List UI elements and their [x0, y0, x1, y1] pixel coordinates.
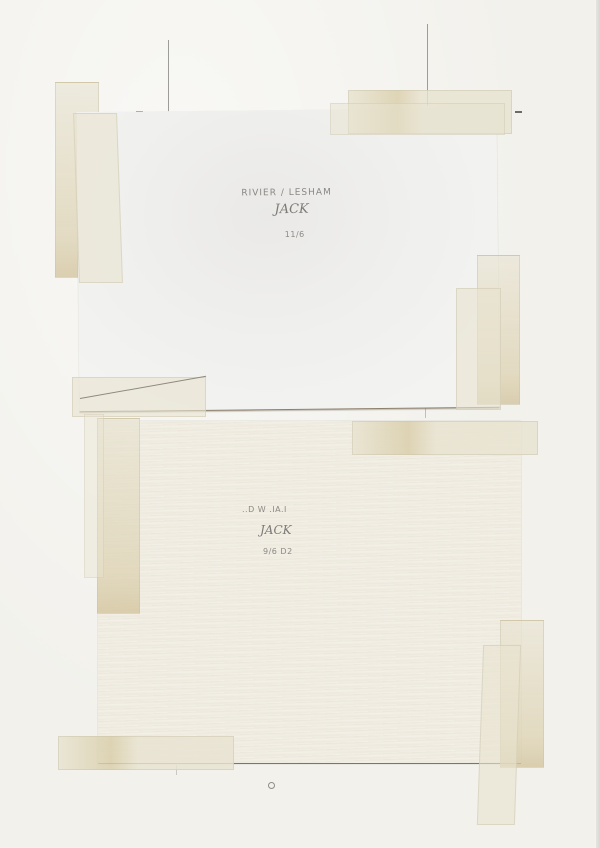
tape-lower-bottom-left [58, 736, 234, 770]
registration-tick-right [515, 111, 522, 113]
tape-upper-bottom-left [72, 377, 206, 417]
lower-annotation-signature: JACK [260, 523, 292, 537]
lower-paper-sheet: ..D W .IA.I JACK 9/6 D2 [98, 421, 521, 764]
upper-annotation-signature: JACK [274, 202, 308, 217]
upper-annotation-date: 11/6 [285, 230, 305, 239]
lower-annotation-title: ..D W .IA.I [242, 505, 287, 514]
upper-annotation-title: RIVIER / LESHAM [241, 188, 332, 199]
page-edge-shadow [596, 0, 600, 848]
mounted-sheet-page: RIVIER / LESHAM JACK 11/6 ..D W .IA.I JA… [0, 0, 600, 848]
tape-lower-right-bottom [477, 645, 521, 825]
tape-upper-top-right-back [330, 103, 505, 135]
tape-upper-left-inner [73, 113, 123, 283]
tape-lower-top-right [352, 421, 538, 455]
registration-line-left [168, 40, 169, 112]
tape-upper-right-lower [456, 288, 501, 410]
tape-lower-left-back [84, 414, 104, 578]
bottom-pencil-mark [268, 782, 275, 789]
lower-annotation-date: 9/6 D2 [263, 547, 293, 556]
upper-paper-sheet: RIVIER / LESHAM JACK 11/6 [76, 108, 499, 412]
